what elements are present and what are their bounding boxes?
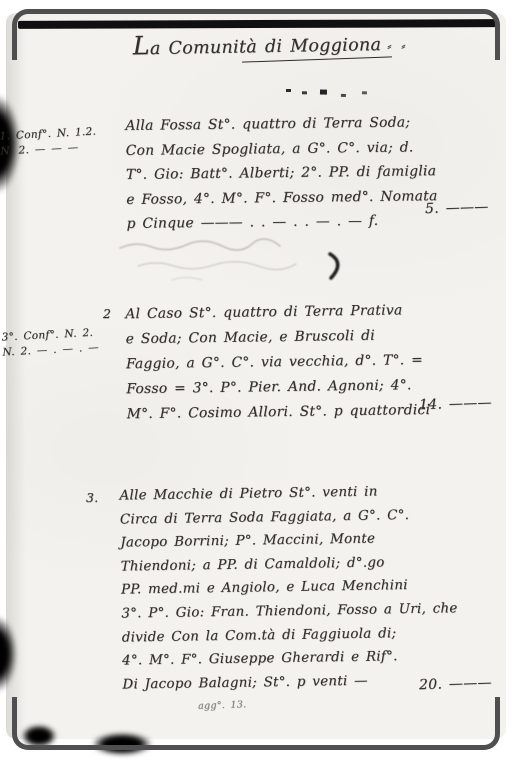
ink-specks [286,89,291,92]
manuscript-line: M°. F°. Cosimo Allori. St°. p quattordic… [127,398,443,427]
entry-1-text: Alla Fossa St°. quattro di Terra Soda; C… [125,110,442,237]
amount-entry-1: 5. ——— [425,199,489,217]
margin-note-entry-1: 1. Conf°. N. 1.2. N. 2. — — — [0,124,97,159]
scanned-manuscript-viewer: La Comunità di Moggiona⸗ ⸗ 1. Conf°. N. … [0,0,514,760]
viewer-frame-top [12,9,500,60]
amount-entry-3: 20. ——— [419,675,492,694]
manuscript-line: p Cinque ——— . . — . . — . — f. [126,208,442,236]
entry-2-number: 2 [103,306,111,321]
entry-3-text: Alle Macchie di Pietro St°. venti in Cir… [119,479,446,696]
entry-3-number: 3. [86,490,99,505]
amount-entry-2: 14. ——— [419,395,492,414]
manuscript-line: e Fosso, 4°. M°. F°. Fosso med°. Nomata [126,184,442,212]
manuscript-line: Alla Fossa St°. quattro di Terra Soda; [125,110,441,138]
margin-note-entry-2: 3°. Conf°. N. 2. N. 2. — . — . — [1,325,99,360]
manuscript-line: Al Caso St°. quattro di Terra Prativa [125,298,441,327]
entry-2-text: Al Caso St°. quattro di Terra Prativa e … [125,298,443,427]
binding-shadow-blob [0,616,17,692]
ink-bleed-artifact [112,236,412,294]
manuscript-line: T°. Gio: Batt°. Alberti; 2°. PP. di fami… [126,159,442,187]
viewer-frame-bottom [12,697,500,750]
